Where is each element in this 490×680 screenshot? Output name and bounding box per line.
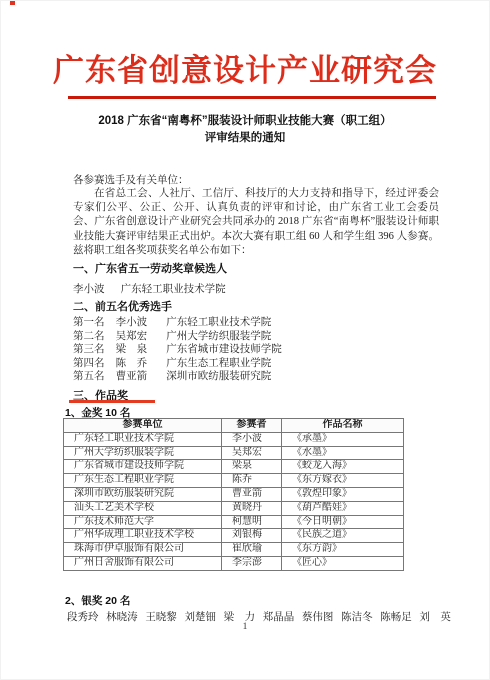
rank-unit: 广东生态工程职业学院 [166, 358, 271, 369]
rank-name: 李小波 [116, 316, 164, 330]
cell-unit: 广东轻工职业技术学院 [64, 432, 222, 446]
rank-row: 第二名 吴郑宏 广州大学纺织服装学院 [73, 330, 282, 344]
table-row: 汕头工艺美术学校 黄晓丹 《葫芦酷娃》 [64, 501, 404, 515]
cell-participant: 刘银梅 [222, 529, 282, 543]
rank-unit: 广东轻工职业技术学院 [166, 317, 271, 328]
table-row: 广州华成理工职业技术学校 刘银梅 《民族之道》 [64, 529, 404, 543]
cell-work: 《葫芦酷娃》 [282, 501, 404, 515]
rank-row: 第四名 陈 乔 广东生态工程职业学院 [73, 357, 282, 371]
rank-unit: 深圳市欧纺服装研究院 [166, 371, 271, 382]
table-row: 广州日舍服饰有限公司 李宗澎 《匠心》 [64, 556, 404, 570]
cell-participant: 吴郑宏 [222, 446, 282, 460]
cell-unit: 广州华成理工职业技术学校 [64, 529, 222, 543]
table-row: 珠海市伊卓服饰有限公司 崔欣瑜 《东方韵》 [64, 543, 404, 557]
section-heading-top-five: 二、前五名优秀选手 [73, 298, 172, 314]
doc-title: 2018 广东省“南粤杯”服装设计师职业技能大赛（职工组） 评审结果的通知 [1, 113, 489, 147]
labor-medal-winner-row: 李小波 广东轻工职业技术学院 [73, 281, 226, 296]
rank-unit: 广州大学纺织服装学院 [166, 331, 271, 342]
cell-unit: 广东技术师范大学 [64, 515, 222, 529]
table-row: 广东生态工程职业学院 陈乔 《东方嫁衣》 [64, 474, 404, 488]
rank-label: 第三名 [73, 343, 113, 357]
rank-row: 第一名 李小波 广东轻工职业技术学院 [73, 316, 282, 330]
cell-work: 《民族之道》 [282, 529, 404, 543]
intro-paragraph: 在省总工会、人社厅、工信厅、科技厅的大力支持和指导下，经过评委会专家们公平、公正… [73, 187, 439, 258]
rank-label: 第一名 [73, 316, 113, 330]
doc-title-line2: 评审结果的通知 [1, 130, 489, 147]
table-row: 广东省城市建设技师学院 梁泉 《蛟龙入海》 [64, 460, 404, 474]
cell-participant: 李宗澎 [222, 556, 282, 570]
table-row: 广东轻工职业技术学院 李小波 《承墨》 [64, 432, 404, 446]
cell-unit: 广东生态工程职业学院 [64, 474, 222, 488]
section-heading-labor-medal: 一、广东省五一劳动奖章候选人 [73, 260, 227, 276]
cell-unit: 珠海市伊卓服饰有限公司 [64, 543, 222, 557]
gold-award-table: 参赛单位 参赛者 作品名称 广东轻工职业技术学院 李小波 《承墨》 广州大学纺织… [63, 418, 404, 571]
cell-work: 《承墨》 [282, 432, 404, 446]
rank-unit: 广东省城市建设技师学院 [166, 344, 282, 355]
cell-work: 《敦煌印象》 [282, 487, 404, 501]
cell-unit: 广州日舍服饰有限公司 [64, 556, 222, 570]
winner-unit: 广东轻工职业技术学院 [121, 284, 226, 295]
table-row: 深圳市欧纺服装研究院 曹亚箭 《敦煌印象》 [64, 487, 404, 501]
rank-label: 第四名 [73, 357, 113, 371]
cell-work: 《水墨》 [282, 446, 404, 460]
cell-participant: 黄晓丹 [222, 501, 282, 515]
cell-participant: 崔欣瑜 [222, 543, 282, 557]
cell-participant: 梁泉 [222, 460, 282, 474]
cell-work: 《匠心》 [282, 556, 404, 570]
table-row: 广东技术师范大学 柯慧明 《今日明朝》 [64, 515, 404, 529]
org-title: 广东省创意设计产业研究会 [1, 45, 489, 90]
cell-participant: 陈乔 [222, 474, 282, 488]
header-divider-rule [68, 96, 436, 99]
col-header-unit: 参赛单位 [64, 419, 222, 433]
winner-name: 李小波 [73, 281, 118, 296]
rank-label: 第二名 [73, 330, 113, 344]
cell-work: 《东方韵》 [282, 543, 404, 557]
top-five-list: 第一名 李小波 广东轻工职业技术学院 第二名 吴郑宏 广州大学纺织服装学院 第三… [73, 316, 282, 384]
cell-work: 《今日明朝》 [282, 515, 404, 529]
cell-participant: 曹亚箭 [222, 487, 282, 501]
table-header-row: 参赛单位 参赛者 作品名称 [64, 419, 404, 433]
rank-name: 梁 泉 [116, 343, 164, 357]
cell-unit: 深圳市欧纺服装研究院 [64, 487, 222, 501]
rank-name: 吴郑宏 [116, 330, 164, 344]
table-row: 广州大学纺织服装学院 吴郑宏 《水墨》 [64, 446, 404, 460]
cell-unit: 广州大学纺织服装学院 [64, 446, 222, 460]
cell-participant: 李小波 [222, 432, 282, 446]
salutation: 各参赛选手及有关单位： [73, 172, 189, 187]
doc-title-line1: 2018 广东省“南粤杯”服装设计师职业技能大赛（职工组） [1, 113, 489, 130]
rank-label: 第五名 [73, 370, 113, 384]
cell-unit: 汕头工艺美术学校 [64, 501, 222, 515]
red-annotation-underline [69, 400, 155, 403]
page-number: 1 [1, 622, 489, 632]
col-header-participant: 参赛者 [222, 419, 282, 433]
cell-participant: 柯慧明 [222, 515, 282, 529]
rank-row: 第五名 曹亚箭 深圳市欧纺服装研究院 [73, 370, 282, 384]
document-page: 广东省创意设计产业研究会 2018 广东省“南粤杯”服装设计师职业技能大赛（职工… [0, 0, 490, 680]
rank-row: 第三名 梁 泉 广东省城市建设技师学院 [73, 343, 282, 357]
scan-corner-mark [10, 1, 15, 5]
silver-award-subheading: 2、银奖 20 名 [65, 593, 130, 608]
col-header-work: 作品名称 [282, 419, 404, 433]
cell-work: 《蛟龙入海》 [282, 460, 404, 474]
rank-name: 陈 乔 [116, 357, 164, 371]
rank-name: 曹亚箭 [116, 370, 164, 384]
cell-unit: 广东省城市建设技师学院 [64, 460, 222, 474]
cell-work: 《东方嫁衣》 [282, 474, 404, 488]
